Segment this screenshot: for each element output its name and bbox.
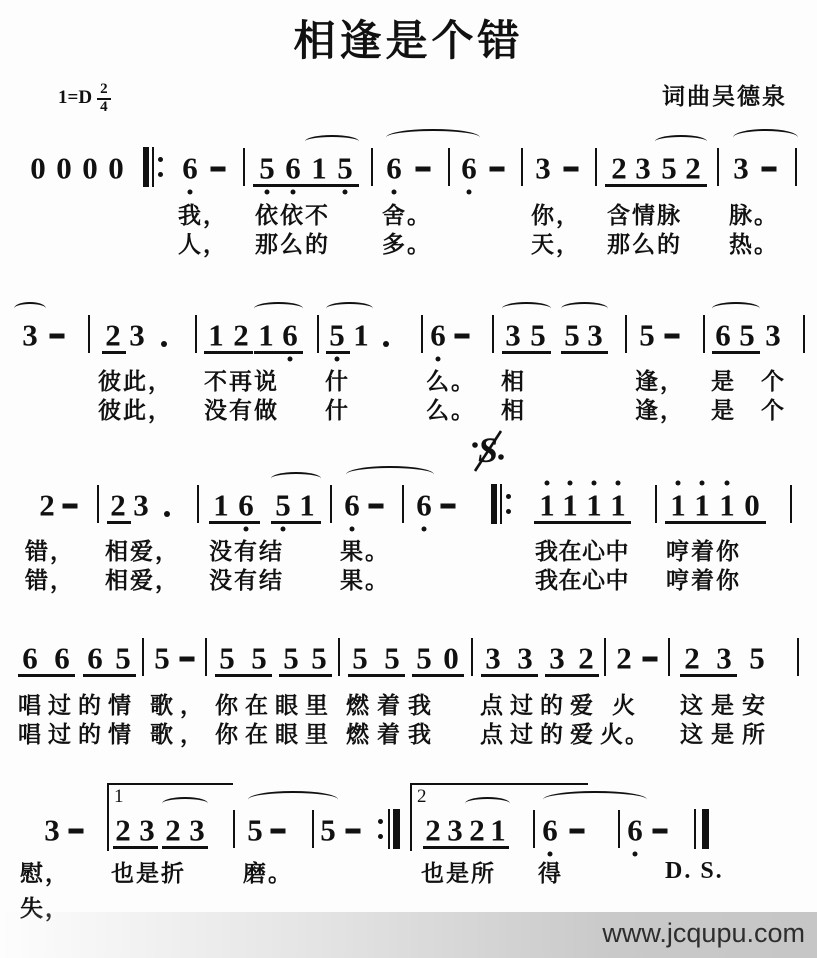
octave-dot-low [422, 527, 427, 532]
note-digit: 6 [54, 643, 70, 674]
note-digit: 6 [87, 643, 103, 674]
note-digit: 5 [154, 643, 170, 674]
lyric-segment: 唱过的情 [18, 716, 138, 749]
repeat-start-thin-bar [500, 484, 502, 524]
final-thin-bar [694, 809, 696, 849]
volta-number: 1 [114, 786, 124, 808]
note-digit: 5 [639, 320, 655, 351]
beam-underline [113, 846, 158, 849]
note-digit: 2 [39, 490, 55, 521]
note-digit: 5 [259, 153, 275, 184]
note-digit: 5 [739, 320, 755, 351]
note-digit: 6 [715, 320, 731, 351]
note-digit: 5 [661, 153, 677, 184]
slur-curve [561, 302, 608, 315]
slur-curve [162, 797, 208, 810]
beam-underline [423, 846, 466, 849]
lyric-segment: 天， [531, 226, 581, 259]
composer-credit: 词曲吴德泉 [662, 78, 787, 111]
note-digit: 5 [530, 320, 546, 351]
note-digit: 2 [165, 815, 181, 846]
note-digit: 6 [285, 153, 301, 184]
slur-curve [305, 135, 359, 148]
repeat-end-dot [378, 819, 383, 824]
lyric-segment: 个 [761, 392, 786, 425]
octave-dot-high [700, 481, 705, 486]
key-signature: 1=D [58, 87, 92, 108]
augmentation-dot [383, 341, 389, 347]
barline [471, 638, 473, 676]
note-digit: 5 [384, 643, 400, 674]
octave-dot-low [392, 190, 397, 195]
note-digit: 6 [238, 490, 254, 521]
slur-curve [271, 472, 321, 485]
lyric-segment: 得 [538, 855, 563, 888]
beam-underline [715, 521, 766, 524]
note-digit: 1 [213, 490, 229, 521]
octave-dot-high [592, 481, 597, 486]
barline [448, 148, 450, 186]
octave-dot-high [676, 481, 681, 486]
tie-curve [733, 129, 798, 146]
note-digit: 6 [461, 153, 477, 184]
note-digit: 5 [320, 815, 336, 846]
note-digit: 1 [562, 490, 578, 521]
beam-underline [209, 521, 260, 524]
lyric-segment: 么。 [426, 392, 476, 425]
note-digit: 5 [311, 643, 327, 674]
lyric-segment: 火。 [600, 716, 650, 749]
note-digit: 6 [282, 320, 298, 351]
note-digit: 2 [578, 643, 594, 674]
note-digit: 6 [542, 815, 558, 846]
note-digit: 3 [447, 815, 463, 846]
note-digit: 3 [133, 490, 149, 521]
beam-underline [348, 674, 405, 677]
beam-underline [254, 351, 303, 354]
barline [195, 315, 197, 353]
beam-underline [665, 521, 715, 524]
volta-bracket-horizontal [410, 783, 588, 785]
duration-dash [369, 504, 384, 509]
key-time-signature: 1=D24 [58, 82, 111, 116]
beam-underline [215, 674, 272, 677]
octave-dot-low [265, 190, 270, 195]
beam-underline [271, 521, 321, 524]
duration-dash [271, 829, 286, 834]
time-signature: 24 [97, 82, 111, 116]
note-digit: 1 [539, 490, 555, 521]
beam-underline [502, 351, 551, 354]
lyric-segment: 那么的 [607, 226, 682, 259]
duration-dash [346, 829, 361, 834]
note-digit: 3 [139, 815, 155, 846]
note-digit: 1 [670, 490, 686, 521]
note-digit: 5 [352, 643, 368, 674]
note-digit: 3 [22, 320, 38, 351]
time-denominator: 4 [97, 100, 111, 116]
duration-dash [455, 334, 470, 339]
note-digit: 0 [744, 490, 760, 521]
octave-dot-low [291, 190, 296, 195]
lyric-segment: 也是折 [111, 855, 186, 888]
note-digit: 5 [219, 643, 235, 674]
barline [797, 638, 799, 676]
note-digit: 1 [719, 490, 735, 521]
note-digit: 5 [329, 320, 345, 351]
duration-dash [63, 504, 78, 509]
volta-bracket-horizontal [107, 783, 233, 785]
barline [312, 810, 314, 848]
beam-underline [279, 674, 332, 677]
duration-dash [653, 829, 668, 834]
barline [795, 148, 797, 186]
duration-dash [762, 167, 777, 172]
lyric-segment: 相爱， [105, 562, 180, 595]
barline [521, 148, 523, 186]
note-digit: 3 [587, 320, 603, 351]
note-digit: 2 [115, 815, 131, 846]
octave-dot-low [244, 527, 249, 532]
note-digit: 2 [233, 320, 249, 351]
note-digit: 2 [425, 815, 441, 846]
repeat-end-thin-bar [388, 809, 390, 849]
octave-dot-low [436, 357, 441, 362]
barline [703, 315, 705, 353]
barline [371, 148, 373, 186]
watermark-url: www.jcqupu.com [602, 918, 805, 949]
lyric-segment: 是 [711, 392, 736, 425]
lyric-segment: 哼着你 [666, 562, 741, 595]
barline [618, 810, 620, 848]
beam-underline [582, 521, 631, 524]
beam-underline [481, 674, 538, 677]
barline [233, 810, 235, 848]
note-digit: 2 [105, 320, 121, 351]
note-digit: 3 [505, 320, 521, 351]
note-digit: 5 [283, 643, 299, 674]
barline [803, 315, 805, 353]
note-digit: 3 [765, 320, 781, 351]
lyric-segment: 那么的 [255, 226, 330, 259]
note-digit: 5 [416, 643, 432, 674]
barline [330, 485, 332, 523]
octave-dot-low [288, 357, 293, 362]
note-digit: 0 [443, 643, 459, 674]
duration-dash [211, 167, 226, 172]
octave-dot-high [725, 481, 730, 486]
duration-dash [50, 334, 65, 339]
note-digit: 3 [635, 153, 651, 184]
note-digit: 2 [616, 643, 632, 674]
tie-curve [248, 791, 338, 808]
lyric-segment: 相 [501, 392, 526, 425]
note-digit: 0 [108, 153, 124, 184]
volta-number: 2 [417, 786, 427, 808]
barline [625, 315, 627, 353]
note-digit: 1 [353, 320, 369, 351]
lyric-segment: 逢， [635, 392, 685, 425]
note-digit: 3 [485, 643, 501, 674]
note-digit: 1 [694, 490, 710, 521]
note-digit: 1 [586, 490, 602, 521]
beam-underline [545, 674, 599, 677]
note-digit: 2 [684, 643, 700, 674]
barline [205, 638, 207, 676]
lyric-segment: 没有结 [209, 562, 284, 595]
sheet-music-page: 相逢是个错 1=D24 词曲吴德泉 00006561566323523我，依依不… [0, 0, 817, 958]
time-numerator: 2 [97, 82, 111, 100]
note-digit: 6 [386, 153, 402, 184]
lyric-segment: 错， [25, 562, 75, 595]
barline [717, 148, 719, 186]
note-digit: 5 [337, 153, 353, 184]
beam-underline [162, 846, 208, 849]
note-digit: 5 [275, 490, 291, 521]
final-thick-bar [702, 809, 709, 849]
song-title: 相逢是个错 [0, 8, 817, 68]
note-digit: 1 [490, 815, 506, 846]
note-digit: 3 [129, 320, 145, 351]
tie-curve [386, 129, 480, 146]
beam-underline [412, 674, 464, 677]
duration-dash [441, 504, 456, 509]
beam-underline [534, 521, 582, 524]
duration-dash [665, 334, 680, 339]
barline [533, 810, 535, 848]
note-digit: 6 [22, 643, 38, 674]
barline [492, 315, 494, 353]
lyric-segment: 慰， [20, 855, 70, 888]
beam-underline [605, 184, 657, 187]
barline [655, 485, 657, 523]
octave-dot-low [281, 527, 286, 532]
note-digit: 3 [517, 643, 533, 674]
note-digit: 2 [469, 815, 485, 846]
note-digit: 3 [733, 153, 749, 184]
repeat-start-thick-bar [143, 147, 149, 187]
tie-curve [346, 466, 434, 483]
lyric-segment: 彼此， [98, 392, 173, 425]
augmentation-dot [161, 341, 167, 347]
note-digit: 5 [251, 643, 267, 674]
octave-dot-low [343, 190, 348, 195]
ds-mark: D. S. [665, 858, 724, 885]
slur-curve [712, 302, 760, 315]
beam-underline [712, 351, 760, 354]
slur-curve [326, 302, 373, 315]
barline [243, 148, 245, 186]
note-digit: 6 [344, 490, 360, 521]
duration-dash [564, 167, 579, 172]
octave-dot-low [467, 190, 472, 195]
lyric-segment: 歌， [150, 716, 210, 749]
volta-bracket-vertical [410, 783, 412, 851]
note-digit: 1 [258, 320, 274, 351]
barline [142, 638, 144, 676]
repeat-start-dot [158, 172, 163, 177]
note-digit: 1 [311, 153, 327, 184]
beam-underline [204, 351, 253, 354]
lyric-segment: 燃着我 [346, 716, 439, 749]
note-digit: 6 [430, 320, 446, 351]
note-digit: 1 [208, 320, 224, 351]
beam-underline [561, 351, 608, 354]
repeat-start-dot [506, 509, 511, 514]
tie-curve [543, 791, 647, 808]
barline [595, 148, 597, 186]
note-digit: 3 [535, 153, 551, 184]
barline [338, 638, 340, 676]
note-digit: 2 [110, 490, 126, 521]
duration-dash [570, 829, 585, 834]
note-digit: 6 [416, 490, 432, 521]
note-digit: 3 [716, 643, 732, 674]
barline [317, 315, 319, 353]
octave-dot-high [545, 481, 550, 486]
beam-underline [655, 184, 707, 187]
barline [97, 485, 99, 523]
segno-icon: S [470, 428, 506, 474]
note-digit: 5 [115, 643, 131, 674]
slur-curve [14, 302, 46, 315]
lyric-segment: 你在眼里 [215, 716, 335, 749]
repeat-start-dot [506, 494, 511, 499]
beam-underline [305, 184, 359, 187]
lyric-segment: 我在心中 [535, 562, 629, 595]
beam-underline [253, 184, 307, 187]
octave-dot-low [350, 527, 355, 532]
note-digit: 3 [549, 643, 565, 674]
beam-underline [18, 674, 75, 677]
octave-dot-low [633, 852, 638, 857]
lyric-segment: 也是所 [421, 855, 496, 888]
repeat-end-thick-bar [393, 809, 400, 849]
note-digit: 0 [30, 153, 46, 184]
octave-dot-high [616, 481, 621, 486]
note-digit: 3 [189, 815, 205, 846]
lyric-segment: 没有做 [204, 392, 279, 425]
barline [88, 315, 90, 353]
repeat-start-thin-bar [152, 147, 154, 187]
barline [402, 485, 404, 523]
note-digit: 1 [610, 490, 626, 521]
note-digit: 5 [564, 320, 580, 351]
repeat-end-dot [378, 834, 383, 839]
slur-curve [254, 302, 303, 315]
lyric-segment: 多。 [382, 226, 432, 259]
octave-dot-high [568, 481, 573, 486]
lyric-segment: 磨。 [243, 855, 293, 888]
duration-dash [180, 657, 195, 662]
beam-underline [680, 674, 737, 677]
barline [421, 315, 423, 353]
slur-curve [465, 797, 510, 810]
volta-bracket-vertical [107, 783, 109, 851]
duration-dash [416, 167, 431, 172]
lyric-segment: 什 [325, 392, 350, 425]
duration-dash [643, 657, 658, 662]
beam-underline [102, 351, 126, 354]
note-digit: 3 [44, 815, 60, 846]
barline [604, 638, 606, 676]
note-digit: 2 [685, 153, 701, 184]
note-digit: 0 [56, 153, 72, 184]
note-digit: 2 [611, 153, 627, 184]
repeat-start-dot [158, 157, 163, 162]
lyric-segment: 果。 [340, 562, 390, 595]
repeat-start-thick-bar [491, 484, 497, 524]
lyric-segment: 这是所 [680, 716, 773, 749]
beam-underline [466, 846, 509, 849]
beam-underline [107, 521, 131, 524]
barline [197, 485, 199, 523]
slur-curve [502, 302, 551, 315]
barline [790, 485, 792, 523]
augmentation-dot [164, 511, 170, 517]
note-digit: 6 [182, 153, 198, 184]
duration-dash [490, 167, 505, 172]
lyric-segment: 点过的爱 [480, 716, 600, 749]
beam-underline [83, 674, 136, 677]
note-digit: 5 [749, 643, 765, 674]
octave-dot-low [335, 357, 340, 362]
note-digit: 5 [247, 815, 263, 846]
note-digit: 6 [627, 815, 643, 846]
octave-dot-low [188, 190, 193, 195]
slur-curve [655, 135, 707, 148]
note-digit: 0 [82, 153, 98, 184]
barline [668, 638, 670, 676]
lyric-segment: 热。 [729, 226, 779, 259]
beam-underline [326, 351, 350, 354]
lyric-segment: 人， [178, 226, 228, 259]
duration-dash [69, 829, 84, 834]
note-digit: 1 [299, 490, 315, 521]
